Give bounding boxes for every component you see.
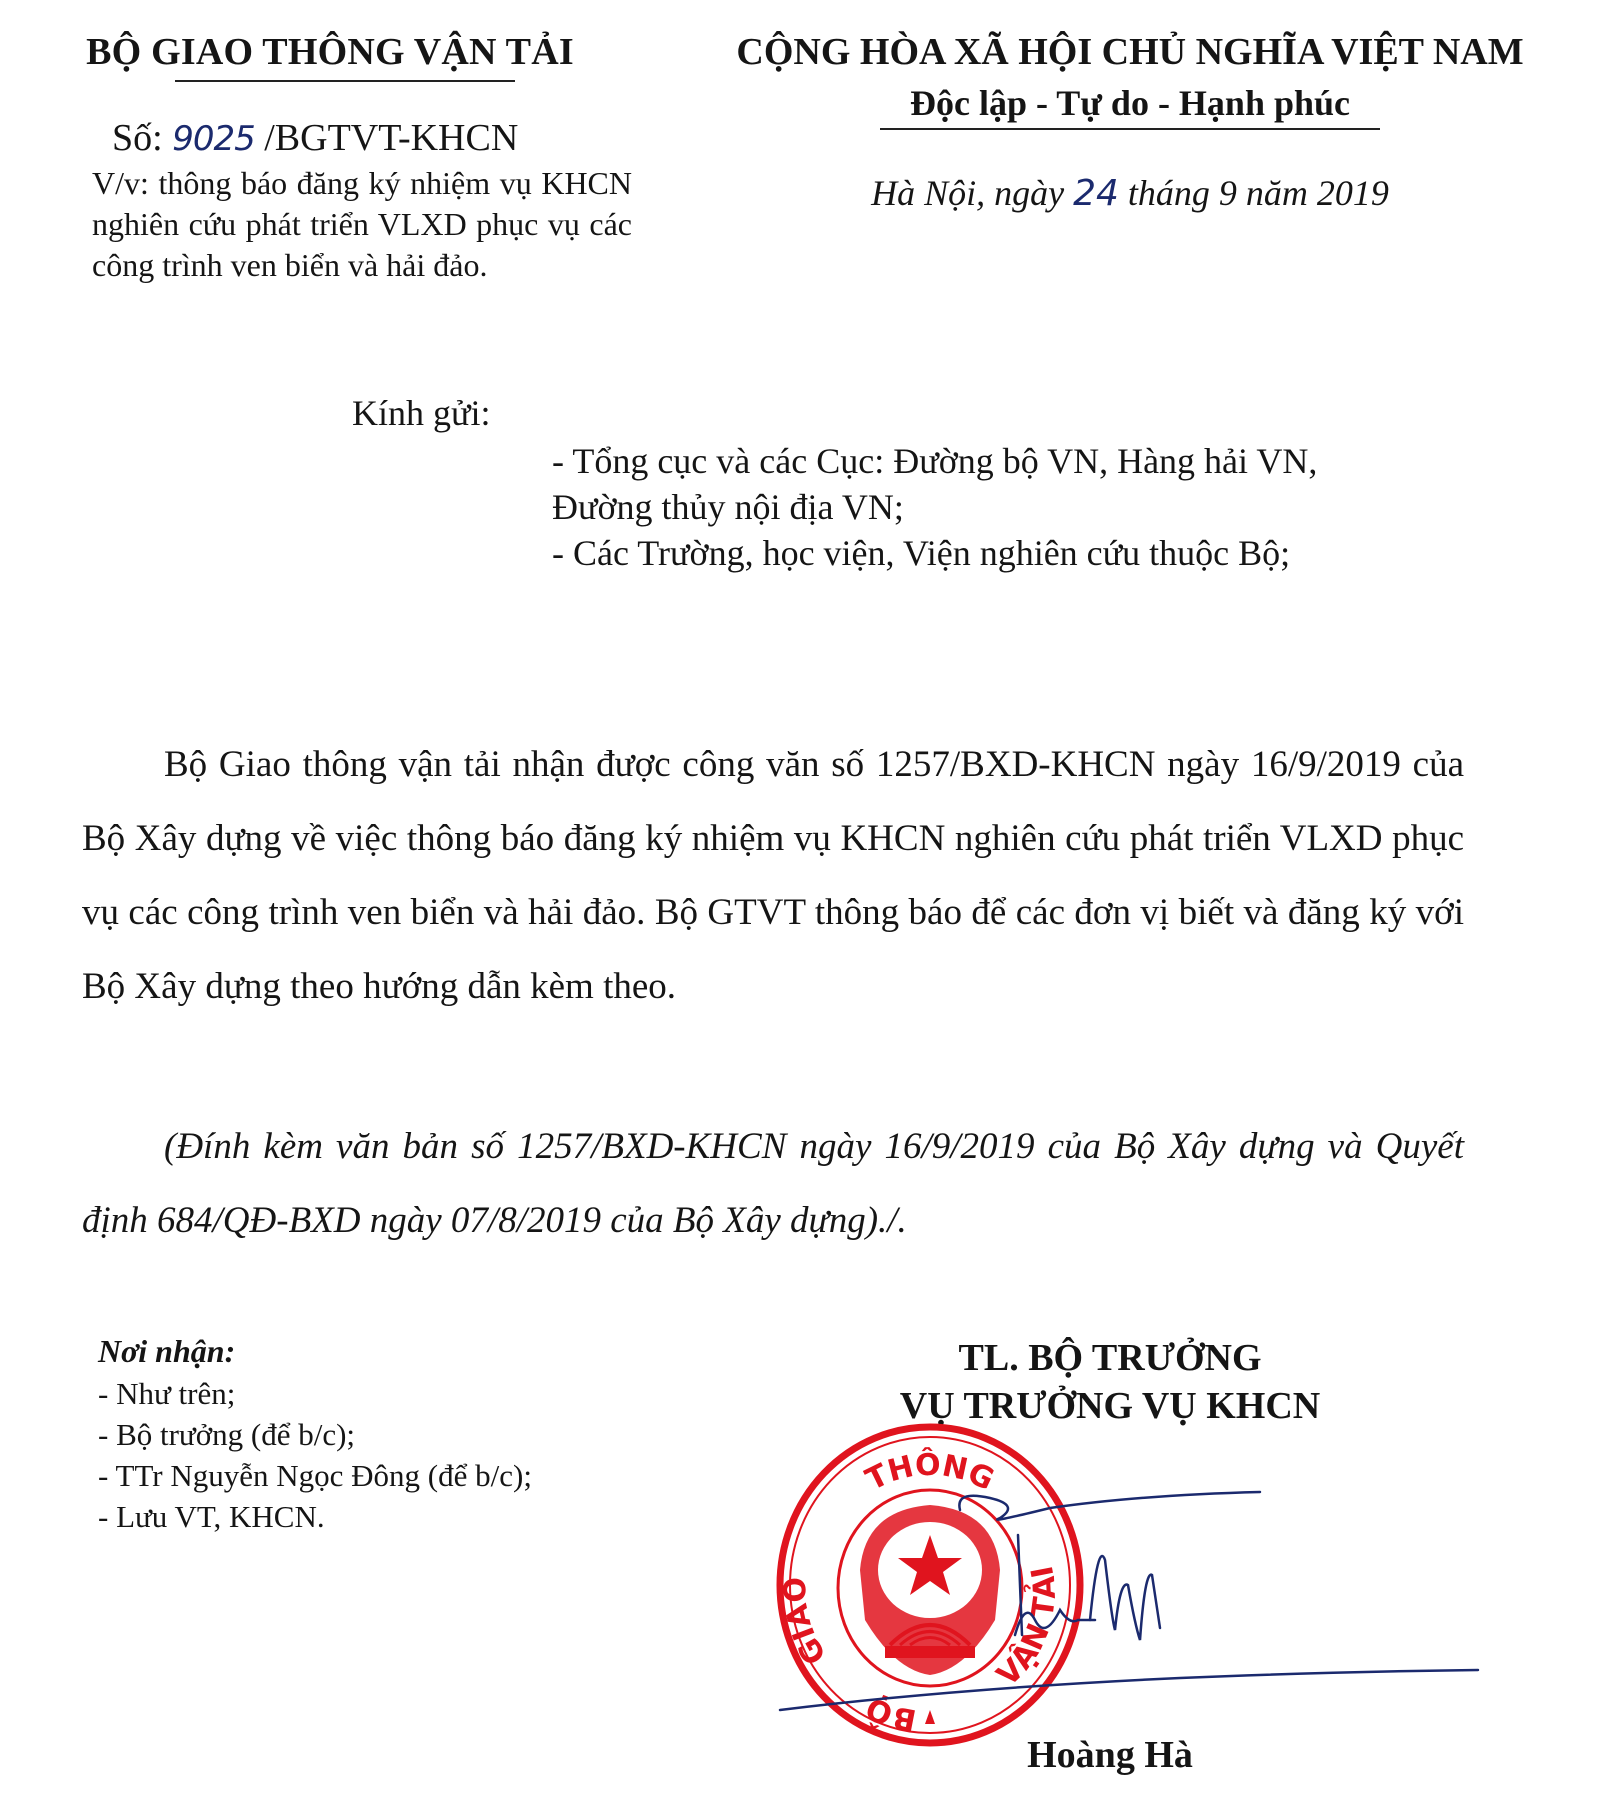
recipient-item: - Bộ trưởng (để b/c); bbox=[98, 1414, 532, 1455]
date-suffix: tháng 9 năm 2019 bbox=[1128, 173, 1389, 213]
date-prefix: Hà Nội, ngày bbox=[871, 173, 1064, 213]
handwritten-signature-icon bbox=[760, 1450, 1480, 1730]
attachment-note: (Đính kèm văn bản số 1257/BXD-KHCN ngày … bbox=[82, 1110, 1464, 1258]
handwritten-day: 24 bbox=[1073, 173, 1119, 214]
addressee-list: - Tổng cục và các Cục: Đường bộ VN, Hàng… bbox=[552, 438, 1412, 576]
number-prefix: Số: bbox=[112, 117, 163, 159]
signer-name: Hoàng Hà bbox=[820, 1733, 1400, 1777]
handwritten-number: 9025 bbox=[172, 119, 255, 159]
document-number: Số: 9025 /BGTVT-KHCN bbox=[112, 116, 518, 160]
organization-underline bbox=[175, 80, 515, 82]
national-motto: Độc lập - Tự do - Hạnh phúc bbox=[700, 82, 1560, 124]
issuing-organization: BỘ GIAO THÔNG VẬN TẢI bbox=[75, 30, 585, 74]
addressee-label: Kính gửi: bbox=[352, 392, 491, 434]
national-title: CỘNG HÒA XÃ HỘI CHỦ NGHĨA VIỆT NAM bbox=[700, 30, 1560, 74]
recipients-list: - Như trên; - Bộ trưởng (để b/c); - TTr … bbox=[98, 1373, 532, 1537]
addressee-item: - Các Trường, học viện, Viện nghiên cứu … bbox=[552, 530, 1412, 576]
motto-underline bbox=[880, 128, 1380, 130]
recipient-item: - TTr Nguyễn Ngọc Đông (để b/c); bbox=[98, 1455, 532, 1496]
recipients-title: Nơi nhận: bbox=[98, 1333, 235, 1370]
recipient-item: - Lưu VT, KHCN. bbox=[98, 1496, 532, 1537]
addressee-item: - Tổng cục và các Cục: Đường bộ VN, Hàng… bbox=[552, 438, 1412, 530]
place-and-date: Hà Nội, ngày 24 tháng 9 năm 2019 bbox=[700, 172, 1560, 214]
document-subject: V/v: thông báo đăng ký nhiệm vụ KHCN ngh… bbox=[92, 163, 632, 286]
recipient-item: - Như trên; bbox=[98, 1373, 532, 1414]
signer-title-line1: TL. BỘ TRƯỞNG bbox=[820, 1336, 1400, 1380]
number-suffix: /BGTVT-KHCN bbox=[264, 117, 518, 159]
body-paragraph: Bộ Giao thông vận tải nhận được công văn… bbox=[82, 728, 1464, 1024]
